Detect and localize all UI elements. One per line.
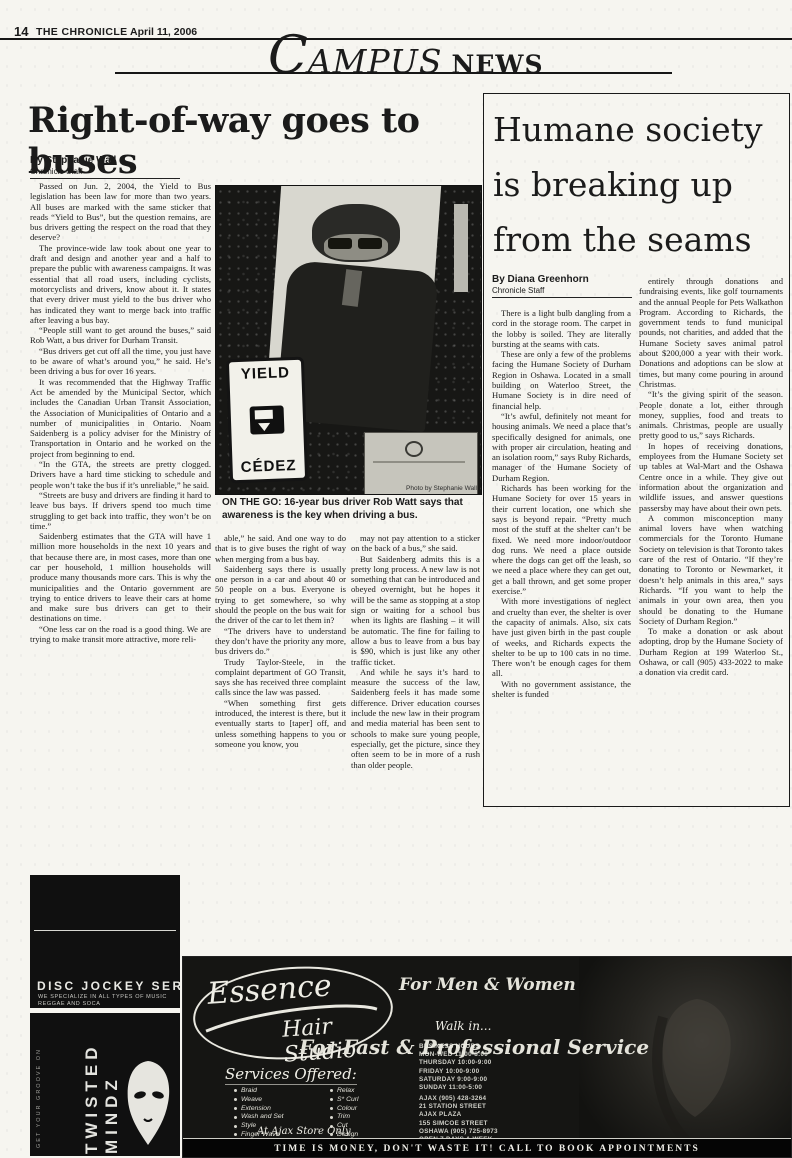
text-line: Trim	[329, 1113, 399, 1121]
text-line: THURSDAY 10:00-9:00	[419, 1059, 539, 1067]
text-line: There is a light bulb dangling from a co…	[492, 308, 631, 349]
text-line: Relax	[329, 1087, 399, 1095]
salon-store-note: At Ajax Store Only	[257, 1126, 351, 1137]
section-title-rest: AMPUS	[308, 42, 443, 81]
text-line: “When something first gets introduced, t…	[215, 698, 346, 749]
text-line: “People still want to get around the bus…	[30, 325, 211, 346]
photo-credit: Photo by Stephanie Wall	[406, 485, 477, 492]
twisted-ad-side-text: GET YOUR GROOVE ON	[36, 1023, 42, 1148]
salon-hours: BUSINESS HOURSMON-WED 11:00-8:00THURSDAY…	[419, 1043, 539, 1092]
issue-date: April 11, 2006	[130, 26, 197, 38]
fare-box-dial	[405, 441, 423, 457]
text-line: A common misconception many animal lover…	[639, 513, 783, 626]
text-line: These are only a few of the problems fac…	[492, 349, 631, 411]
masthead-rule-bottom	[115, 72, 672, 74]
text-line: Weave	[233, 1096, 319, 1104]
text-line: To make a donation or ask about adopting…	[639, 626, 783, 677]
disc-jockey-ad: DISC JOCKEY SERVICES WE SPECIALIZE IN AL…	[30, 875, 180, 1008]
text-line: able,” he said. And one way to do that i…	[215, 533, 346, 564]
twisted-mindz-face-graphic	[118, 1053, 178, 1153]
bus-article-column-3: may not pay attention to a sticker on th…	[351, 533, 480, 951]
section-title-news: NEWS	[451, 50, 543, 79]
text-line: “Streets are busy and drivers are findin…	[30, 490, 211, 531]
text-line: Humane society	[493, 102, 783, 157]
humane-article-headline: Humane societyis breaking upfrom the sea…	[493, 102, 783, 267]
bus-article-column-2: able,” he said. And one way to do that i…	[215, 533, 346, 951]
photo-caption: ON THE GO: 16-year bus driver Rob Watt s…	[222, 497, 480, 522]
cedez-sign-text: CÉDEZ	[240, 457, 296, 476]
text-line: But Saidenberg admits this is a pretty l…	[351, 554, 480, 667]
text-line: from the seams	[493, 212, 783, 267]
text-line: MON-WED 11:00-8:00	[419, 1051, 539, 1059]
text-line: Braid	[233, 1087, 319, 1095]
text-line: “One less car on the road is a good thin…	[30, 624, 211, 645]
newspaper-page: 14 THE CHRONICLE April 11, 2006 CAMPUSNE…	[0, 0, 792, 1158]
salon-walkin: Walk in...	[435, 1019, 491, 1033]
text-line: Saidenberg estimates that the GTA will h…	[30, 531, 211, 624]
text-line: “It’s the giving spirit of the season. P…	[639, 389, 783, 440]
text-line: S* Curl	[329, 1096, 399, 1104]
humane-article-byline-org: Chronicle Staff	[492, 286, 632, 298]
text-line: 21 STATION STREET	[419, 1103, 549, 1111]
text-line: And while he says it’s hard to measure t…	[351, 667, 480, 770]
text-line: “The drivers have to understand they don…	[215, 626, 346, 657]
text-line: Passed on Jun. 2, 2004, the Yield to Bus…	[30, 181, 211, 243]
dj-ad-subtext-2: REGGAE AND SOCA	[38, 1001, 101, 1007]
dj-ad-divider	[34, 930, 176, 931]
text-line: “In the GTA, the streets are pretty clog…	[30, 459, 211, 490]
text-line: Saidenberg says there is usually one per…	[215, 564, 346, 626]
salon-contact: AJAX (905) 428-326421 STATION STREETAJAX…	[419, 1095, 549, 1144]
yield-cedez-sign: YIELD CÉDEZ	[226, 357, 308, 484]
salon-services-title: Services Offered:	[225, 1065, 357, 1085]
sunglasses-left-lens	[328, 238, 352, 249]
fare-box-slot	[373, 461, 465, 463]
twisted-mindz-ad: GET YOUR GROOVE ON TWISTED MINDZ	[30, 1013, 180, 1156]
text-line: BUSINESS HOURS	[419, 1043, 539, 1051]
text-line: FRIDAY 10:00-9:00	[419, 1068, 539, 1076]
text-line: Wash and Set	[233, 1113, 319, 1121]
section-title: CAMPUSNEWS	[268, 36, 544, 81]
salon-bottom-strip-text: TIME IS MONEY, DON'T WASTE IT! CALL TO B…	[274, 1144, 700, 1154]
text-line: is breaking up	[493, 157, 783, 212]
salon-bottom-strip: TIME IS MONEY, DON'T WASTE IT! CALL TO B…	[183, 1138, 791, 1158]
text-line: The province-wide law took about one yea…	[30, 243, 211, 325]
text-line: “Bus drivers get cut off all the time, y…	[30, 346, 211, 377]
yield-sign-text: YIELD	[241, 364, 291, 383]
section-title-initial: C	[268, 26, 308, 86]
paper-name: THE CHRONICLE	[36, 26, 128, 38]
text-line: AJAX (905) 428-3264	[419, 1095, 549, 1103]
text-line: With no government assistance, the shelt…	[492, 679, 631, 700]
text-line: Trudy Taylor-Steele, in the complaint de…	[215, 657, 346, 698]
text-line: SUNDAY 11:00-5:00	[419, 1084, 539, 1092]
twisted-ad-name: TWISTED MINDZ	[82, 1017, 122, 1154]
bus-article-byline-org: Chronicle Staff	[30, 167, 180, 179]
text-line: OSHAWA (905) 725-8973	[419, 1128, 549, 1136]
bus-pictogram-icon	[250, 405, 285, 434]
page-number: 14	[14, 24, 28, 39]
text-line: In hopes of receiving donations, employe…	[639, 441, 783, 513]
text-line: entirely through donations and fundraisi…	[639, 276, 783, 389]
text-line: Extension	[233, 1105, 319, 1113]
dj-ad-title: DISC JOCKEY SERVICES	[37, 979, 180, 993]
sunglasses-right-lens	[358, 238, 382, 249]
humane-article-byline: By Diana Greenhorn	[492, 274, 632, 286]
text-line: AJAX PLAZA	[419, 1111, 549, 1119]
hair-studio-ad: Essence Hair Studio For Men & Women Walk…	[182, 956, 792, 1158]
dj-ad-subtext-1: WE SPECIALIZE IN ALL TYPES OF MUSIC	[38, 994, 167, 1000]
text-line: may not pay attention to a sticker on th…	[351, 533, 480, 554]
text-line: Colour	[329, 1105, 399, 1113]
text-line: SATURDAY 9:00-9:00	[419, 1076, 539, 1084]
salon-audience: For Men & Women	[399, 975, 576, 995]
humane-article-column-1: There is a light bulb dangling from a co…	[492, 308, 631, 800]
bus-article-byline-block: By Stephanie Wall Chronicle Staff	[30, 155, 180, 179]
bus-driver-photo: YIELD CÉDEZ Photo by Stephanie Wall	[215, 185, 482, 495]
text-line: 155 SIMCOE STREET	[419, 1120, 549, 1128]
humane-article-byline-block: By Diana Greenhorn Chronicle Staff	[492, 274, 632, 298]
text-line: “It’s awful, definitely not meant for ho…	[492, 411, 631, 483]
text-line: It was recommended that the Highway Traf…	[30, 377, 211, 459]
text-line: With more investigations of neglect and …	[492, 596, 631, 678]
humane-article-column-2: entirely through donations and fundraisi…	[639, 276, 783, 800]
photo-door-frame	[454, 204, 468, 292]
text-line: Richards has been working for the Humane…	[492, 483, 631, 596]
bus-article-column-1: Passed on Jun. 2, 2004, the Yield to Bus…	[30, 181, 211, 857]
bus-article-byline: By Stephanie Wall	[30, 155, 180, 167]
